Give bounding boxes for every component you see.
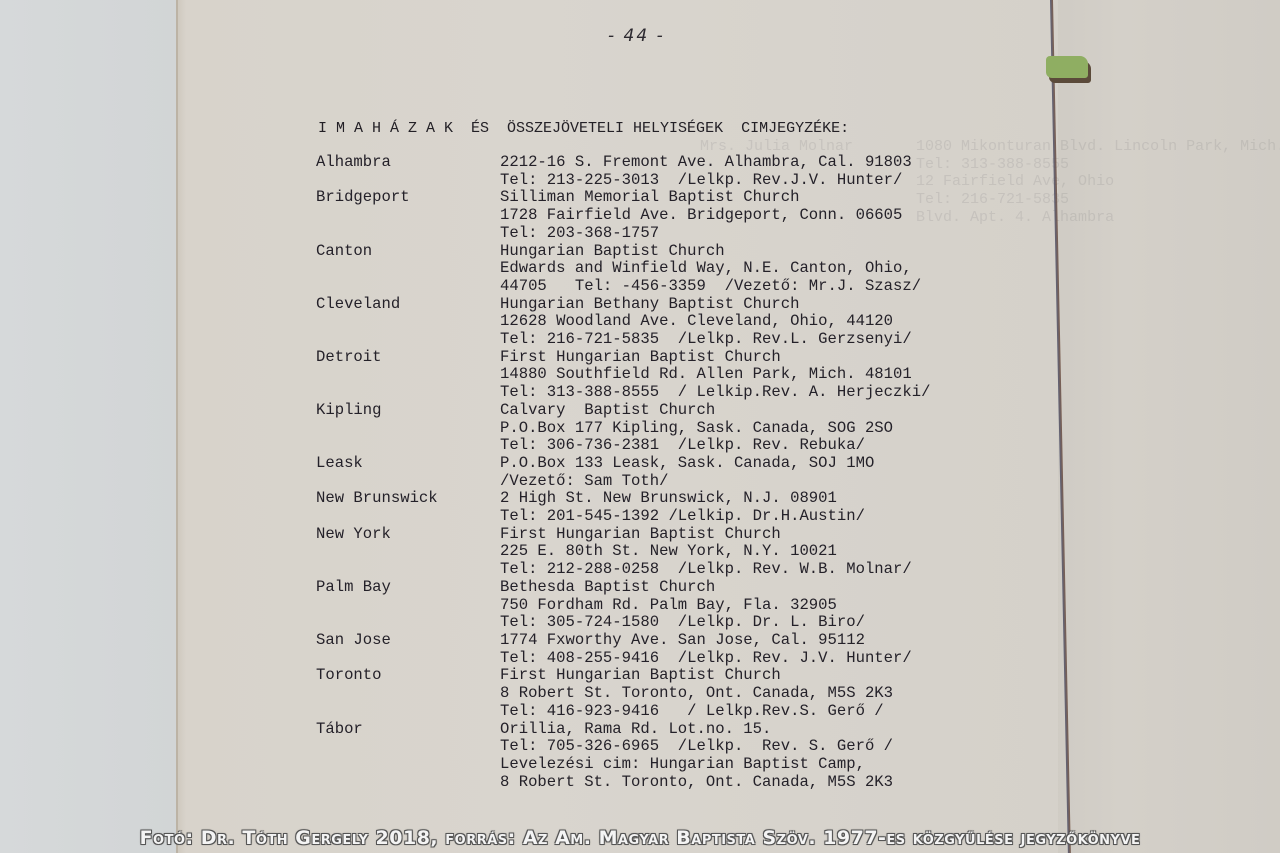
entry-address-line: P.O.Box 177 Kipling, Sask. Canada, SOG 2… [500, 420, 1016, 438]
directory-entry: DetroitFirst Hungarian Baptist Church148… [316, 349, 1016, 402]
entry-address-line: Tel: 213-225-3013 /Lelkp. Rev.J.V. Hunte… [500, 172, 1016, 190]
entry-address-block: Calvary Baptist ChurchP.O.Box 177 Kiplin… [500, 402, 1016, 455]
entry-address-line: 2212-16 S. Fremont Ave. Alhambra, Cal. 9… [500, 154, 1016, 172]
entry-address-line: 8 Robert St. Toronto, Ont. Canada, M5S 2… [500, 685, 1016, 703]
entry-address-line: Hungarian Bethany Baptist Church [500, 296, 1016, 314]
entry-address-line: First Hungarian Baptist Church [500, 349, 1016, 367]
facing-page [1052, 0, 1280, 853]
page-number: - 44 - [608, 26, 665, 46]
directory-entry: New Brunswick2 High St. New Brunswick, N… [316, 490, 1016, 525]
entry-address-line: 1728 Fairfield Ave. Bridgeport, Conn. 06… [500, 207, 1016, 225]
entry-address-line: First Hungarian Baptist Church [500, 526, 1016, 544]
entry-address-block: 2212-16 S. Fremont Ave. Alhambra, Cal. 9… [500, 154, 1016, 189]
entry-address-block: 1774 Fxworthy Ave. San Jose, Cal. 95112T… [500, 632, 1016, 667]
entry-address-line: 8 Robert St. Toronto, Ont. Canada, M5S 2… [500, 774, 1016, 792]
entry-address-line: Tel: 416-923-9416 / Lelkp.Rev.S. Gerő / [500, 703, 1016, 721]
directory-entry: TáborOrillia, Rama Rd. Lot.no. 15.Tel: 7… [316, 721, 1016, 792]
entry-address-line: Orillia, Rama Rd. Lot.no. 15. [500, 721, 1016, 739]
entry-address-line: P.O.Box 133 Leask, Sask. Canada, SOJ 1MO [500, 455, 1016, 473]
entry-city: Bridgeport [316, 189, 500, 242]
entry-address-line: Tel: 313-388-8555 / Lelkip.Rev. A. Herje… [500, 384, 1016, 402]
entry-address-block: Silliman Memorial Baptist Church1728 Fai… [500, 189, 1016, 242]
entry-city: Canton [316, 243, 500, 296]
entry-address-line: 2 High St. New Brunswick, N.J. 08901 [500, 490, 1016, 508]
directory-entry: KiplingCalvary Baptist ChurchP.O.Box 177… [316, 402, 1016, 455]
entry-city: New York [316, 526, 500, 579]
tape-scrap [1046, 56, 1088, 78]
address-directory: Alhambra2212-16 S. Fremont Ave. Alhambra… [316, 154, 1016, 791]
entry-address-block: First Hungarian Baptist Church8 Robert S… [500, 667, 1016, 720]
entry-address-line: Levelezési cim: Hungarian Baptist Camp, [500, 756, 1016, 774]
entry-address-line: Tel: 216-721-5835 /Lelkp. Rev.L. Gerzsen… [500, 331, 1016, 349]
entry-city: Kipling [316, 402, 500, 455]
directory-entry: CantonHungarian Baptist ChurchEdwards an… [316, 243, 1016, 296]
entry-address-line: 1774 Fxworthy Ave. San Jose, Cal. 95112 [500, 632, 1016, 650]
directory-heading: I M A H Á Z A K ÉS ÖSSZEJÖVETELI HELYISÉ… [318, 120, 849, 137]
entry-address-block: Orillia, Rama Rd. Lot.no. 15.Tel: 705-32… [500, 721, 1016, 792]
entry-city: Leask [316, 455, 500, 490]
entry-address-line: Silliman Memorial Baptist Church [500, 189, 1016, 207]
directory-entry: New YorkFirst Hungarian Baptist Church22… [316, 526, 1016, 579]
entry-address-line: Tel: 305-724-1580 /Lelkp. Dr. L. Biro/ [500, 614, 1016, 632]
entry-address-block: First Hungarian Baptist Church225 E. 80t… [500, 526, 1016, 579]
entry-address-line: Bethesda Baptist Church [500, 579, 1016, 597]
directory-entry: ClevelandHungarian Bethany Baptist Churc… [316, 296, 1016, 349]
entry-address-line: Hungarian Baptist Church [500, 243, 1016, 261]
entry-address-line: Tel: 705-326-6965 /Lelkp. Rev. S. Gerő / [500, 738, 1016, 756]
entry-city: Cleveland [316, 296, 500, 349]
entry-address-line: Edwards and Winfield Way, N.E. Canton, O… [500, 260, 1016, 278]
entry-address-line: 44705 Tel: -456-3359 /Vezető: Mr.J. Szas… [500, 278, 1016, 296]
entry-address-line: Tel: 212-288-0258 /Lelkp. Rev. W.B. Moln… [500, 561, 1016, 579]
entry-address-line: Calvary Baptist Church [500, 402, 1016, 420]
entry-city: San Jose [316, 632, 500, 667]
entry-city: Tábor [316, 721, 500, 792]
entry-address-line: 14880 Southfield Rd. Allen Park, Mich. 4… [500, 366, 1016, 384]
entry-city: Palm Bay [316, 579, 500, 632]
photo-credit-caption: Fotó: Dr. Tóth Gergely 2018, forrás: Az … [0, 827, 1280, 849]
entry-address-line: Tel: 203-368-1757 [500, 225, 1016, 243]
entry-address-line: 12628 Woodland Ave. Cleveland, Ohio, 441… [500, 313, 1016, 331]
entry-address-block: P.O.Box 133 Leask, Sask. Canada, SOJ 1MO… [500, 455, 1016, 490]
entry-address-line: Tel: 201-545-1392 /Lelkip. Dr.H.Austin/ [500, 508, 1016, 526]
entry-address-block: First Hungarian Baptist Church14880 Sout… [500, 349, 1016, 402]
directory-entry: TorontoFirst Hungarian Baptist Church8 R… [316, 667, 1016, 720]
directory-entry: Palm BayBethesda Baptist Church750 Fordh… [316, 579, 1016, 632]
entry-address-line: 225 E. 80th St. New York, N.Y. 10021 [500, 543, 1016, 561]
entry-address-line: /Vezető: Sam Toth/ [500, 473, 1016, 491]
entry-city: Alhambra [316, 154, 500, 189]
entry-address-line: First Hungarian Baptist Church [500, 667, 1016, 685]
entry-address-line: Tel: 306-736-2381 /Lelkp. Rev. Rebuka/ [500, 437, 1016, 455]
directory-entry: San Jose1774 Fxworthy Ave. San Jose, Cal… [316, 632, 1016, 667]
entry-city: New Brunswick [316, 490, 500, 525]
entry-city: Toronto [316, 667, 500, 720]
background-surface [0, 0, 178, 853]
entry-address-block: Bethesda Baptist Church750 Fordham Rd. P… [500, 579, 1016, 632]
entry-address-line: 750 Fordham Rd. Palm Bay, Fla. 32905 [500, 597, 1016, 615]
entry-city: Detroit [316, 349, 500, 402]
entry-address-line: Tel: 408-255-9416 /Lelkp. Rev. J.V. Hunt… [500, 650, 1016, 668]
directory-entry: BridgeportSilliman Memorial Baptist Chur… [316, 189, 1016, 242]
entry-address-block: Hungarian Bethany Baptist Church12628 Wo… [500, 296, 1016, 349]
directory-entry: Alhambra2212-16 S. Fremont Ave. Alhambra… [316, 154, 1016, 189]
directory-entry: LeaskP.O.Box 133 Leask, Sask. Canada, SO… [316, 455, 1016, 490]
entry-address-block: 2 High St. New Brunswick, N.J. 08901Tel:… [500, 490, 1016, 525]
entry-address-block: Hungarian Baptist ChurchEdwards and Winf… [500, 243, 1016, 296]
